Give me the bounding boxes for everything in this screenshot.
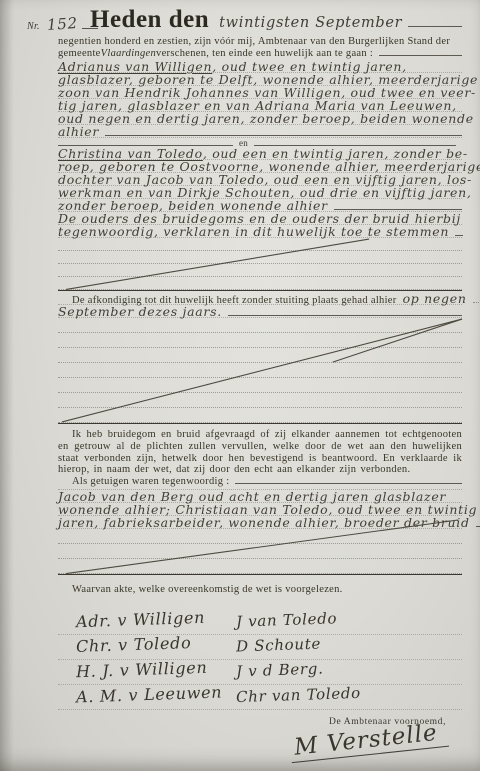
act-number: Nr. 152 bbox=[27, 15, 98, 34]
blank-rules-block bbox=[58, 529, 462, 574]
consent-line: tegenwoordig, verklaren in dit huwelijk … bbox=[58, 225, 462, 238]
rule-filler bbox=[476, 524, 480, 527]
closing-line: Waarvan akte, welke overeenkomstig de we… bbox=[58, 584, 462, 596]
document-header: Heden den twintigsten September bbox=[90, 6, 462, 36]
witness-line: jaren, fabrieksarbeider, wonende alhier,… bbox=[58, 516, 462, 529]
rule-filler bbox=[235, 481, 462, 484]
signature-groom: Adr. v Willigen bbox=[76, 608, 206, 631]
rule-filler bbox=[228, 313, 462, 316]
rule-filler bbox=[455, 233, 463, 236]
witnesses-label: Als getuigen waren tegenwoordig : bbox=[58, 476, 229, 488]
strike-line bbox=[58, 238, 462, 290]
strike-line bbox=[58, 318, 462, 423]
groom-text: alhier bbox=[58, 125, 99, 138]
rule-filler bbox=[379, 53, 462, 56]
rule-filler bbox=[105, 133, 462, 136]
signature-row: Adr. v Willigen J van Toledo bbox=[58, 610, 462, 635]
signature-bride: Chr. v Toledo bbox=[76, 633, 192, 656]
signature-mother-bride: D Schoute bbox=[236, 635, 322, 656]
bride-section: Christina van Toledo , oud een en twinti… bbox=[58, 147, 462, 212]
announcement-handwritten-1: op negen bbox=[403, 292, 467, 305]
signature-father-groom: H. J. v Willigen bbox=[76, 658, 208, 682]
signature-row: A. M. v Leeuwen Chr van Toledo bbox=[58, 685, 462, 710]
groom-section: Adrianus van Willigen , oud twee en twin… bbox=[58, 60, 462, 138]
announcement-section: De afkondiging tot dit huwelijk heeft zo… bbox=[58, 292, 462, 318]
act-number-label: Nr. bbox=[27, 21, 40, 32]
officiant-signature-block: M Verstelle bbox=[58, 727, 462, 763]
groom-line: alhier bbox=[58, 125, 462, 138]
signature-row: H. J. v Willigen J v d Berg. bbox=[58, 660, 462, 685]
preamble-text-1: negentien honderd en zestien, zijn vóór … bbox=[58, 36, 450, 48]
section-divider bbox=[58, 423, 462, 425]
signature-row: Chr. v Toledo D Schoute bbox=[58, 635, 462, 660]
signature-witness-berg: J v d Berg. bbox=[236, 660, 324, 681]
act-number-dash bbox=[82, 26, 98, 29]
groom-text: oud negen en dertig jaren, zonder beroep… bbox=[58, 112, 474, 125]
signature-father-bride: J van Toledo bbox=[236, 609, 338, 631]
preamble-line-1: negentien honderd en zestien, zijn vóór … bbox=[58, 36, 462, 48]
marriage-certificate-page: Nr. 152 Heden den twintigsten September … bbox=[0, 0, 480, 771]
blank-rules-block bbox=[58, 238, 462, 290]
blank-rules-block bbox=[58, 318, 462, 423]
groom-line: oud negen en dertig jaren, zonder beroep… bbox=[58, 112, 462, 125]
heading-date-handwritten: twintigsten September bbox=[219, 15, 402, 31]
heading-printed: Heden den bbox=[90, 6, 209, 34]
act-number-value: 152 bbox=[46, 14, 78, 34]
rule-filler bbox=[408, 24, 462, 27]
witnesses-section: Jacob van den Berg oud acht en dertig ja… bbox=[58, 490, 462, 529]
consent-section: De ouders des bruidegoms en de ouders de… bbox=[58, 212, 462, 238]
strike-line bbox=[58, 529, 462, 574]
rule-filler bbox=[473, 300, 480, 303]
oath-paragraph: Ik heb bruidegom en bruid afgevraagd of … bbox=[58, 429, 462, 476]
announcement-handwritten-2: September dezes jaars. bbox=[58, 305, 222, 318]
signature-witness-toledo: Chr van Toledo bbox=[236, 684, 361, 706]
signatures-section: Adr. v Willigen J van Toledo Chr. v Tole… bbox=[58, 610, 462, 710]
section-divider bbox=[58, 574, 462, 576]
witnesses-label-line: Als getuigen waren tegenwoordig : bbox=[58, 476, 462, 490]
consent-text: tegenwoordig, verklaren in dit huwelijk … bbox=[58, 225, 449, 238]
signature-mother-groom: A. M. v Leeuwen bbox=[76, 683, 223, 707]
rule-filler bbox=[334, 207, 462, 210]
